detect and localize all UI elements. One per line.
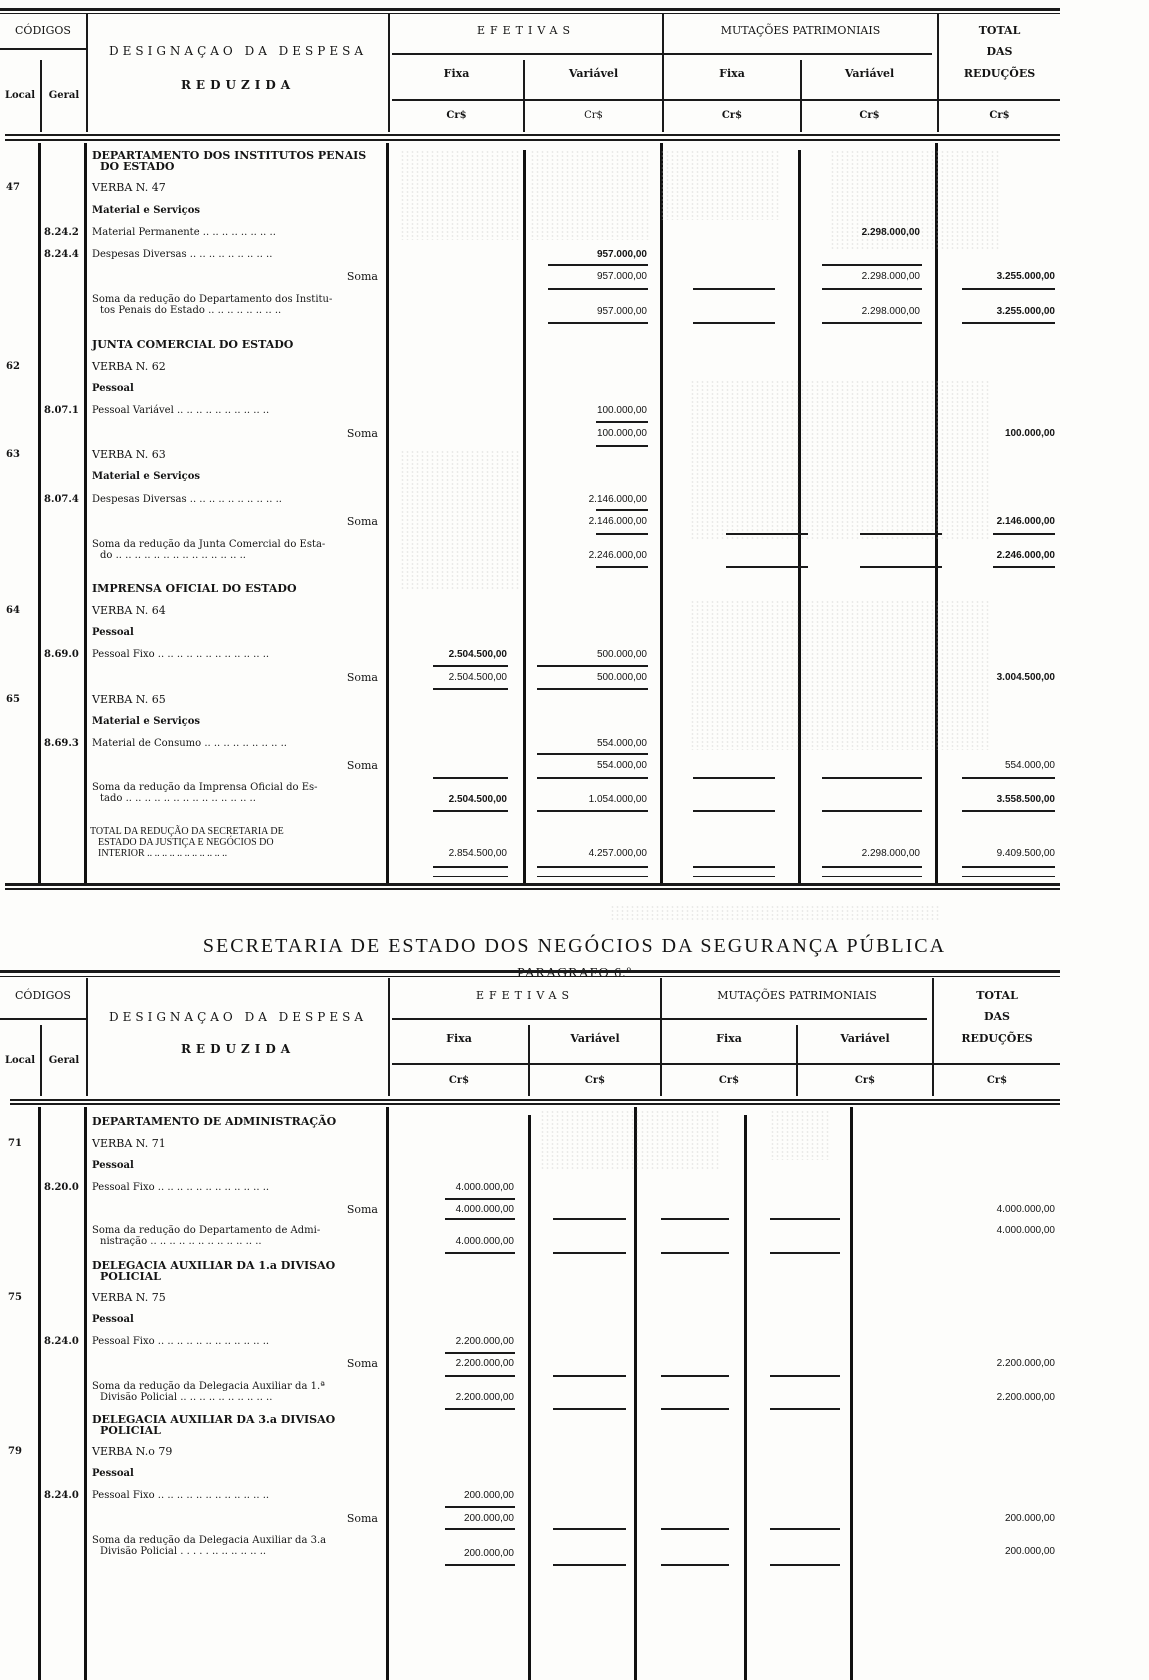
sum-rule — [553, 1408, 626, 1410]
dept-title: DEPARTAMENTO DE ADMINISTRAÇÃO — [92, 1116, 336, 1127]
currency-mut-variavel: Cr$ — [802, 110, 937, 121]
header-bottom-rule — [10, 1103, 1060, 1105]
soma-ef-variavel: 500.000,00 — [525, 672, 647, 683]
sum-rule — [962, 322, 1055, 324]
sum-rule — [962, 866, 1055, 868]
soma-ef-fixa: 200.000,00 — [390, 1513, 514, 1524]
sum-rule — [433, 688, 508, 690]
reducao-total: 3.558.500,00 — [940, 794, 1055, 805]
category-label: Pessoal — [92, 1468, 134, 1479]
header-das: DAS — [934, 1010, 1060, 1023]
reducao-label: Divisão Policial .. .. .. .. .. .. .. ..… — [100, 1392, 272, 1403]
soma-label: Soma — [92, 1204, 378, 1215]
verba-label: VERBA N. 64 — [92, 605, 166, 616]
reducao-ef-fixa: 200.000,00 — [390, 1548, 514, 1559]
sum-rule — [770, 1252, 840, 1254]
sum-rule — [537, 866, 648, 868]
col-divider — [850, 1107, 853, 1680]
soma-total: 554.000,00 — [940, 760, 1055, 771]
local-code: 63 — [6, 449, 20, 460]
sum-rule — [445, 1252, 515, 1254]
amount-ef-variavel: 957.000,00 — [525, 249, 647, 260]
sum-rule — [770, 1375, 840, 1377]
currency-mut-variavel: Cr$ — [798, 1075, 932, 1086]
sum-rule — [693, 288, 775, 290]
reducao-label: Soma da redução da Delegacia Auxiliar da… — [92, 1535, 326, 1546]
currency-ef-variavel: Cr$ — [530, 1075, 660, 1086]
verba-label: VERBA N. 62 — [92, 361, 166, 372]
dept-title: IMPRENSA OFICIAL DO ESTADO — [92, 583, 297, 594]
sum-rule — [433, 665, 508, 667]
line-item-desc: Pessoal Variável .. .. .. .. .. .. .. ..… — [92, 405, 269, 416]
paragraph-heading: PARAGRAFO 6.º — [0, 966, 1149, 982]
header-designacao: DESIGNAÇAO DA DESPESA — [88, 1010, 388, 1024]
dept-title: POLICIAL — [100, 1271, 161, 1282]
soma-ef-variavel: 957.000,00 — [525, 271, 647, 282]
top-rule — [0, 970, 1060, 973]
sum-rule — [445, 1218, 515, 1220]
soma-label: Soma — [92, 1358, 378, 1369]
header-reducoes: REDUÇÕES — [939, 67, 1060, 80]
sum-rule — [553, 1564, 626, 1566]
reducao-total: 2.200.000,00 — [934, 1392, 1055, 1403]
sum-rule — [661, 1408, 729, 1410]
header-reduzida: REDUZIDA — [88, 1042, 388, 1056]
sum-rule — [993, 566, 1055, 568]
col-divider — [744, 1115, 747, 1680]
local-code: 64 — [6, 605, 20, 616]
soma-ef-variavel: 2.146.000,00 — [525, 516, 647, 527]
sum-rule — [770, 1564, 840, 1566]
grand-total-label: INTERIOR .. .. .. .. .. .. .. .. .. .. .… — [98, 848, 227, 859]
reducao-ef-variavel: 957.000,00 — [525, 306, 647, 317]
header-reduzida: REDUZIDA — [88, 78, 388, 92]
currency-total: Cr$ — [934, 1075, 1060, 1086]
col-divider — [38, 143, 41, 883]
amount-ef-fixa: 2.200.000,00 — [390, 1336, 514, 1347]
sum-rule — [822, 876, 922, 877]
line-item-desc: Pessoal Fixo .. .. .. .. .. .. .. .. .. … — [92, 1336, 269, 1347]
sum-rule — [770, 1408, 840, 1410]
sum-rule — [962, 777, 1055, 779]
sum-rule — [726, 533, 808, 535]
soma-ef-variavel: 100.000,00 — [525, 428, 647, 439]
reducao-ef-variavel: 1.054.000,00 — [525, 794, 647, 805]
verba-label: VERBA N. 75 — [92, 1292, 166, 1303]
col-divider — [528, 1115, 531, 1680]
local-code: 71 — [8, 1138, 22, 1149]
soma-label: Soma — [92, 672, 378, 683]
geral-code: 8.24.2 — [44, 227, 79, 238]
local-code: 79 — [8, 1446, 22, 1457]
sum-rule — [596, 533, 648, 535]
top-rule — [0, 8, 1060, 11]
reducao-ef-fixa: 2.504.500,00 — [390, 794, 507, 805]
sum-rule — [962, 876, 1055, 877]
reducao-label: do .. .. .. .. .. .. .. .. .. .. .. .. .… — [100, 550, 246, 561]
sum-rule — [822, 810, 922, 812]
sum-rule — [661, 1564, 729, 1566]
reducao-total: 200.000,00 — [934, 1546, 1055, 1557]
reducao-ef-fixa: 2.200.000,00 — [390, 1392, 514, 1403]
header-codigos: CÓDIGOS — [0, 989, 86, 1002]
grand-total-ef-fixa: 2.854.500,00 — [390, 848, 507, 859]
sum-rule — [693, 777, 775, 779]
table-bottom-rule — [5, 888, 1060, 890]
sum-rule — [860, 533, 942, 535]
sum-rule — [822, 322, 922, 324]
col-divider — [38, 1107, 41, 1680]
category-label: Pessoal — [92, 1314, 134, 1325]
header-mutacoes: MUTAÇÕES PATRIMONIAIS — [664, 24, 937, 37]
soma-total: 3.255.000,00 — [940, 271, 1055, 282]
sum-rule — [537, 777, 648, 779]
col-divider — [386, 143, 389, 883]
sum-rule — [726, 566, 808, 568]
header-designacao: DESIGNAÇAO DA DESPESA — [88, 44, 388, 58]
category-label: Pessoal — [92, 383, 134, 394]
sum-rule — [596, 421, 648, 423]
reducao-label: tos Penais do Estado .. .. .. .. .. .. .… — [100, 305, 281, 316]
sum-rule — [433, 866, 508, 868]
col-divider — [86, 978, 88, 1096]
header-total: TOTAL — [934, 989, 1060, 1002]
header-codigos: CÓDIGOS — [0, 24, 86, 37]
reducao-ef-fixa: 4.000.000,00 — [390, 1236, 514, 1247]
verba-label: VERBA N.o 79 — [92, 1446, 172, 1457]
soma-ef-fixa: 2.504.500,00 — [390, 672, 507, 683]
print-noise — [400, 450, 520, 590]
soma-total: 100.000,00 — [940, 428, 1055, 439]
sum-rule — [693, 876, 775, 877]
header-bottom-rule — [10, 1099, 1060, 1101]
sum-rule — [445, 1198, 515, 1200]
verba-label: VERBA N. 63 — [92, 449, 166, 460]
header-bottom-rule — [5, 139, 1060, 141]
sum-rule — [661, 1528, 729, 1530]
section-heading: SECRETARIA DE ESTADO DOS NEGÓCIOS DA SEG… — [0, 935, 1149, 958]
soma-mut-variavel: 2.298.000,00 — [800, 271, 920, 282]
header-mutacoes-fixa: Fixa — [662, 1032, 796, 1045]
reducao-total: 3.255.000,00 — [940, 306, 1055, 317]
sum-rule — [770, 1528, 840, 1530]
header-rule — [0, 48, 86, 50]
sum-rule — [433, 876, 508, 877]
reducao-total: 4.000.000,00 — [934, 1225, 1055, 1236]
currency-ef-fixa: Cr$ — [390, 110, 523, 121]
sum-rule — [537, 810, 648, 812]
sum-rule — [548, 264, 648, 266]
amount-ef-fixa: 2.504.500,00 — [390, 649, 507, 660]
col-divider — [84, 1107, 87, 1680]
soma-total: 3.004.500,00 — [940, 672, 1055, 683]
sum-rule — [770, 1218, 840, 1220]
soma-ef-variavel: 554.000,00 — [525, 760, 647, 771]
sum-rule — [822, 777, 922, 779]
print-noise — [770, 1110, 830, 1160]
header-mutacoes-variavel: Variável — [798, 1032, 932, 1045]
geral-code: 8.07.4 — [44, 494, 79, 505]
header-rule — [0, 1018, 86, 1020]
sum-rule — [661, 1252, 729, 1254]
col-divider — [86, 14, 88, 132]
line-item-desc: Despesas Diversas .. .. .. .. .. .. .. .… — [92, 494, 282, 505]
sum-rule — [962, 288, 1055, 290]
sum-rule — [537, 665, 648, 667]
header-efetivas: EFETIVAS — [390, 989, 660, 1002]
sum-rule — [553, 1218, 626, 1220]
soma-total: 2.146.000,00 — [940, 516, 1055, 527]
header-rule — [392, 1063, 1060, 1065]
reducao-ef-variavel: 2.246.000,00 — [525, 550, 647, 561]
currency-mut-fixa: Cr$ — [664, 110, 800, 121]
soma-ef-fixa: 2.200.000,00 — [390, 1358, 514, 1369]
reducao-label: Soma da redução do Departamento dos Inst… — [92, 294, 332, 305]
reducao-label: nistração .. .. .. .. .. .. .. .. .. .. … — [100, 1236, 262, 1247]
header-mutacoes: MUTAÇÕES PATRIMONIAIS — [662, 989, 932, 1002]
geral-code: 8.20.0 — [44, 1182, 79, 1193]
print-noise — [400, 150, 520, 240]
header-mutacoes-variavel: Variável — [802, 67, 937, 80]
header-geral: Geral — [42, 90, 86, 101]
header-geral: Geral — [42, 1055, 86, 1066]
category-label: Material e Serviços — [92, 716, 200, 727]
line-item-desc: Material de Consumo .. .. .. .. .. .. ..… — [92, 738, 287, 749]
sum-rule — [548, 322, 648, 324]
verba-label: VERBA N. 65 — [92, 694, 166, 705]
sum-rule — [445, 1352, 515, 1354]
sum-rule — [537, 688, 648, 690]
sum-rule — [537, 876, 648, 877]
currency-total: Cr$ — [939, 110, 1060, 121]
header-total: TOTAL — [939, 24, 1060, 37]
verba-label: VERBA N. 71 — [92, 1138, 166, 1149]
grand-total-label: TOTAL DA REDUÇÃO DA SECRETARIA DE — [90, 826, 284, 837]
local-code: 75 — [8, 1292, 22, 1303]
sum-rule — [693, 322, 775, 324]
sum-rule — [822, 866, 922, 868]
amount-ef-variavel: 100.000,00 — [525, 405, 647, 416]
geral-code: 8.24.0 — [44, 1490, 79, 1501]
header-local: Local — [0, 90, 40, 101]
sum-rule — [433, 810, 508, 812]
geral-code: 8.69.3 — [44, 738, 79, 749]
line-item-desc: Pessoal Fixo .. .. .. .. .. .. .. .. .. … — [92, 649, 269, 660]
category-label: Pessoal — [92, 1160, 134, 1171]
geral-code: 8.69.0 — [44, 649, 79, 660]
table-bottom-rule — [5, 883, 1060, 886]
print-noise — [660, 150, 780, 220]
grand-total-label: ESTADO DA JUSTIÇA E NEGÓCIOS DO — [98, 837, 274, 848]
sum-rule — [822, 264, 922, 266]
grand-total-ef-variavel: 4.257.000,00 — [525, 848, 647, 859]
header-rule — [392, 1018, 927, 1020]
sum-rule — [445, 1506, 515, 1508]
header-bottom-rule — [5, 134, 1060, 136]
sum-rule — [596, 445, 648, 447]
verba-label: VERBA N. 47 — [92, 182, 166, 193]
category-label: Material e Serviços — [92, 205, 200, 216]
reducao-label: Divisão Policial . . . . . .. .. .. .. .… — [100, 1546, 266, 1557]
amount-ef-fixa: 200.000,00 — [390, 1490, 514, 1501]
dept-title: JUNTA COMERCIAL DO ESTADO — [92, 339, 293, 350]
dept-title: DO ESTADO — [100, 161, 175, 172]
header-das: DAS — [939, 45, 1060, 58]
reducao-label: Soma da redução da Delegacia Auxiliar da… — [92, 1381, 325, 1392]
sum-rule — [993, 533, 1055, 535]
sum-rule — [445, 1408, 515, 1410]
top-rule-thin — [0, 13, 1060, 14]
soma-label: Soma — [92, 760, 378, 771]
header-rule — [392, 53, 932, 55]
header-local: Local — [0, 1055, 40, 1066]
header-efetivas: EFETIVAS — [390, 24, 662, 37]
category-label: Material e Serviços — [92, 471, 200, 482]
header-efetivas-fixa: Fixa — [390, 1032, 528, 1045]
header-mutacoes-fixa: Fixa — [664, 67, 800, 80]
sum-rule — [445, 1375, 515, 1377]
sum-rule — [445, 1564, 515, 1566]
currency-mut-fixa: Cr$ — [662, 1075, 796, 1086]
col-divider — [386, 1107, 389, 1680]
dept-title: POLICIAL — [100, 1425, 161, 1436]
print-noise — [610, 905, 940, 921]
sum-rule — [693, 866, 775, 868]
local-code: 47 — [6, 182, 20, 193]
reducao-label: Soma da redução da Imprensa Oficial do E… — [92, 782, 318, 793]
soma-label: Soma — [92, 1513, 378, 1524]
currency-ef-fixa: Cr$ — [390, 1075, 528, 1086]
local-code: 65 — [6, 694, 20, 705]
sum-rule — [537, 753, 648, 755]
sum-rule — [553, 1375, 626, 1377]
reducao-mut-variavel: 2.298.000,00 — [800, 306, 920, 317]
sum-rule — [445, 1528, 515, 1530]
col-divider — [84, 143, 87, 883]
grand-total-mut-variavel: 2.298.000,00 — [800, 848, 920, 859]
soma-label: Soma — [92, 516, 378, 527]
header-efetivas-variavel: Variável — [530, 1032, 660, 1045]
geral-code: 8.24.0 — [44, 1336, 79, 1347]
sum-rule — [553, 1252, 626, 1254]
sum-rule — [860, 566, 942, 568]
print-noise — [530, 150, 650, 240]
sum-rule — [433, 777, 508, 779]
currency-ef-variavel: Cr$ — [525, 110, 662, 121]
top-rule-thin — [0, 976, 1060, 977]
line-item-desc: Despesas Diversas .. .. .. .. .. .. .. .… — [92, 249, 272, 260]
geral-code: 8.24.4 — [44, 249, 79, 260]
reducao-label: Soma da redução do Departamento de Admi- — [92, 1225, 320, 1236]
geral-code: 8.07.1 — [44, 405, 79, 416]
col-divider — [634, 1107, 637, 1680]
soma-ef-fixa: 4.000.000,00 — [390, 1204, 514, 1215]
soma-label: Soma — [92, 271, 378, 282]
local-code: 62 — [6, 361, 20, 372]
print-noise — [540, 1110, 720, 1170]
reducao-label: Soma da redução da Junta Comercial do Es… — [92, 539, 325, 550]
sum-rule — [693, 810, 775, 812]
sum-rule — [553, 1528, 626, 1530]
amount-ef-variavel: 554.000,00 — [525, 738, 647, 749]
reducao-total: 2.246.000,00 — [940, 550, 1055, 561]
sum-rule — [596, 566, 648, 568]
amount-mut-variavel: 2.298.000,00 — [800, 227, 920, 238]
line-item-desc: Material Permanente .. .. .. .. .. .. ..… — [92, 227, 276, 238]
amount-ef-variavel: 500.000,00 — [525, 649, 647, 660]
soma-total: 2.200.000,00 — [934, 1358, 1055, 1369]
soma-total: 200.000,00 — [934, 1513, 1055, 1524]
sum-rule — [596, 509, 648, 511]
header-rule — [392, 99, 1060, 101]
header-efetivas-variavel: Variável — [525, 67, 662, 80]
category-label: Pessoal — [92, 627, 134, 638]
amount-ef-fixa: 4.000.000,00 — [390, 1182, 514, 1193]
soma-total: 4.000.000,00 — [934, 1204, 1055, 1215]
sum-rule — [822, 288, 922, 290]
line-item-desc: Pessoal Fixo .. .. .. .. .. .. .. .. .. … — [92, 1490, 269, 1501]
sum-rule — [661, 1375, 729, 1377]
amount-ef-variavel: 2.146.000,00 — [525, 494, 647, 505]
reducao-label: tado .. .. .. .. .. .. .. .. .. .. .. ..… — [100, 793, 256, 804]
grand-total-total: 9.409.500,00 — [940, 848, 1055, 859]
header-efetivas-fixa: Fixa — [390, 67, 523, 80]
header-reducoes: REDUÇÕES — [934, 1032, 1060, 1045]
col-divider — [660, 143, 663, 883]
sum-rule — [962, 810, 1055, 812]
sum-rule — [548, 288, 648, 290]
line-item-desc: Pessoal Fixo .. .. .. .. .. .. .. .. .. … — [92, 1182, 269, 1193]
sum-rule — [661, 1218, 729, 1220]
soma-label: Soma — [92, 428, 378, 439]
